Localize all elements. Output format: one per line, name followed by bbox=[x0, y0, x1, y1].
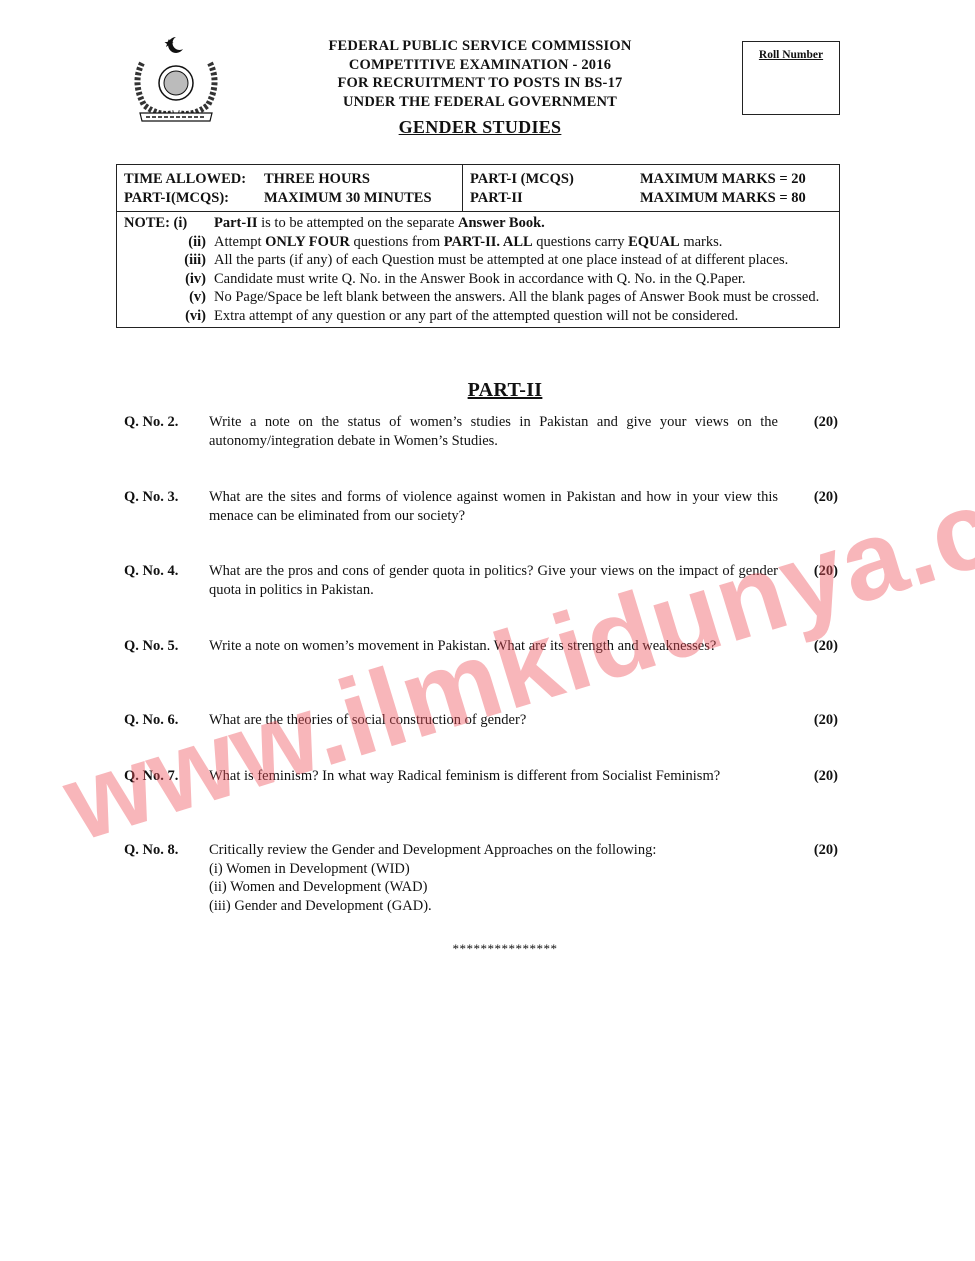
note-item: (v)No Page/Space be left blank between t… bbox=[124, 288, 833, 307]
note-label: (iv) bbox=[124, 270, 214, 289]
question-item: Q. No. 5.Write a note on women’s movemen… bbox=[124, 637, 838, 656]
note-label: NOTE: (i) bbox=[124, 214, 214, 233]
question-marks: (20) bbox=[778, 767, 838, 786]
question-subpart: (ii) Women and Development (WAD) bbox=[209, 878, 778, 897]
question-item: Q. No. 3.What are the sites and forms of… bbox=[124, 488, 838, 525]
question-item: Q. No. 7.What is feminism? In what way R… bbox=[124, 767, 838, 786]
note-text: Attempt ONLY FOUR questions from PART-II… bbox=[214, 233, 833, 252]
header-line: FEDERAL PUBLIC SERVICE COMMISSION bbox=[280, 37, 680, 56]
end-marker: *************** bbox=[380, 941, 630, 957]
roll-number-label: Roll Number bbox=[743, 49, 839, 61]
note-text: All the parts (if any) of each Question … bbox=[214, 251, 833, 270]
question-text: Critically review the Gender and Develop… bbox=[209, 841, 778, 915]
question-item: Q. No. 8.Critically review the Gender an… bbox=[124, 841, 838, 915]
note-label: (v) bbox=[124, 288, 214, 307]
question-text: What are the theories of social construc… bbox=[209, 711, 778, 730]
note-item: (ii)Attempt ONLY FOUR questions from PAR… bbox=[124, 233, 833, 252]
roll-number-box[interactable]: Roll Number bbox=[742, 41, 840, 115]
question-marks: (20) bbox=[778, 841, 838, 915]
part1-marks: MAXIMUM MARKS = 20 bbox=[640, 170, 806, 189]
notes-list: NOTE: (i)Part-II is to be attempted on t… bbox=[117, 212, 839, 327]
question-marks: (20) bbox=[778, 637, 838, 656]
question-marks: (20) bbox=[778, 711, 838, 730]
note-item: (iii)All the parts (if any) of each Ques… bbox=[124, 251, 833, 270]
question-number: Q. No. 3. bbox=[124, 488, 209, 525]
question-number: Q. No. 7. bbox=[124, 767, 209, 786]
question-marks: (20) bbox=[778, 413, 838, 450]
exam-info-table: TIME ALLOWED: THREE HOURS PART-I(MCQS): … bbox=[116, 164, 840, 328]
exam-header: FEDERAL PUBLIC SERVICE COMMISSION COMPET… bbox=[280, 37, 680, 111]
subject-title: GENDER STUDIES bbox=[280, 117, 680, 138]
question-item: Q. No. 4.What are the pros and cons of g… bbox=[124, 562, 838, 599]
header-line: FOR RECRUITMENT TO POSTS IN BS-17 bbox=[280, 74, 680, 93]
question-number: Q. No. 2. bbox=[124, 413, 209, 450]
marks-info: PART-I (MCQS) MAXIMUM MARKS = 20 PART-II… bbox=[463, 165, 839, 211]
question-marks: (20) bbox=[778, 562, 838, 599]
note-item: (iv)Candidate must write Q. No. in the A… bbox=[124, 270, 833, 289]
note-text: Extra attempt of any question or any par… bbox=[214, 307, 833, 326]
part2-marks: MAXIMUM MARKS = 80 bbox=[640, 189, 806, 208]
question-text: What are the sites and forms of violence… bbox=[209, 488, 778, 525]
note-label: (ii) bbox=[124, 233, 214, 252]
time-allowed-label: TIME ALLOWED: bbox=[124, 170, 264, 189]
question-item: Q. No. 6.What are the theories of social… bbox=[124, 711, 838, 730]
header-line: UNDER THE FEDERAL GOVERNMENT bbox=[280, 93, 680, 112]
question-number: Q. No. 5. bbox=[124, 637, 209, 656]
note-text: Candidate must write Q. No. in the Answe… bbox=[214, 270, 833, 289]
note-text: Part-II is to be attempted on the separa… bbox=[214, 214, 833, 233]
time-info: TIME ALLOWED: THREE HOURS PART-I(MCQS): … bbox=[117, 165, 463, 211]
question-text: What is feminism? In what way Radical fe… bbox=[209, 767, 778, 786]
question-text: Write a note on the status of women’s st… bbox=[209, 413, 778, 450]
question-subpart: (i) Women in Development (WID) bbox=[209, 860, 778, 879]
note-label: (vi) bbox=[124, 307, 214, 326]
question-number: Q. No. 6. bbox=[124, 711, 209, 730]
time-allowed-value: THREE HOURS bbox=[264, 170, 370, 189]
note-label: (iii) bbox=[124, 251, 214, 270]
part2-label: PART-II bbox=[470, 189, 640, 208]
header-line: COMPETITIVE EXAMINATION - 2016 bbox=[280, 56, 680, 75]
question-text: What are the pros and cons of gender quo… bbox=[209, 562, 778, 599]
note-item: (vi)Extra attempt of any question or any… bbox=[124, 307, 833, 326]
question-subpart: (iii) Gender and Development (GAD). bbox=[209, 897, 778, 916]
question-number: Q. No. 8. bbox=[124, 841, 209, 915]
note-item: NOTE: (i)Part-II is to be attempted on t… bbox=[124, 214, 833, 233]
question-item: Q. No. 2.Write a note on the status of w… bbox=[124, 413, 838, 450]
question-text: Write a note on women’s movement in Paki… bbox=[209, 637, 778, 656]
part1-label: PART-I (MCQS) bbox=[470, 170, 640, 189]
part1-time-label: PART-I(MCQS): bbox=[124, 189, 264, 208]
question-number: Q. No. 4. bbox=[124, 562, 209, 599]
question-marks: (20) bbox=[778, 488, 838, 525]
part-title: PART-II bbox=[280, 379, 730, 402]
fpsc-emblem-icon bbox=[124, 33, 228, 125]
part1-time-value: MAXIMUM 30 MINUTES bbox=[264, 189, 432, 208]
note-text: No Page/Space be left blank between the … bbox=[214, 288, 833, 307]
